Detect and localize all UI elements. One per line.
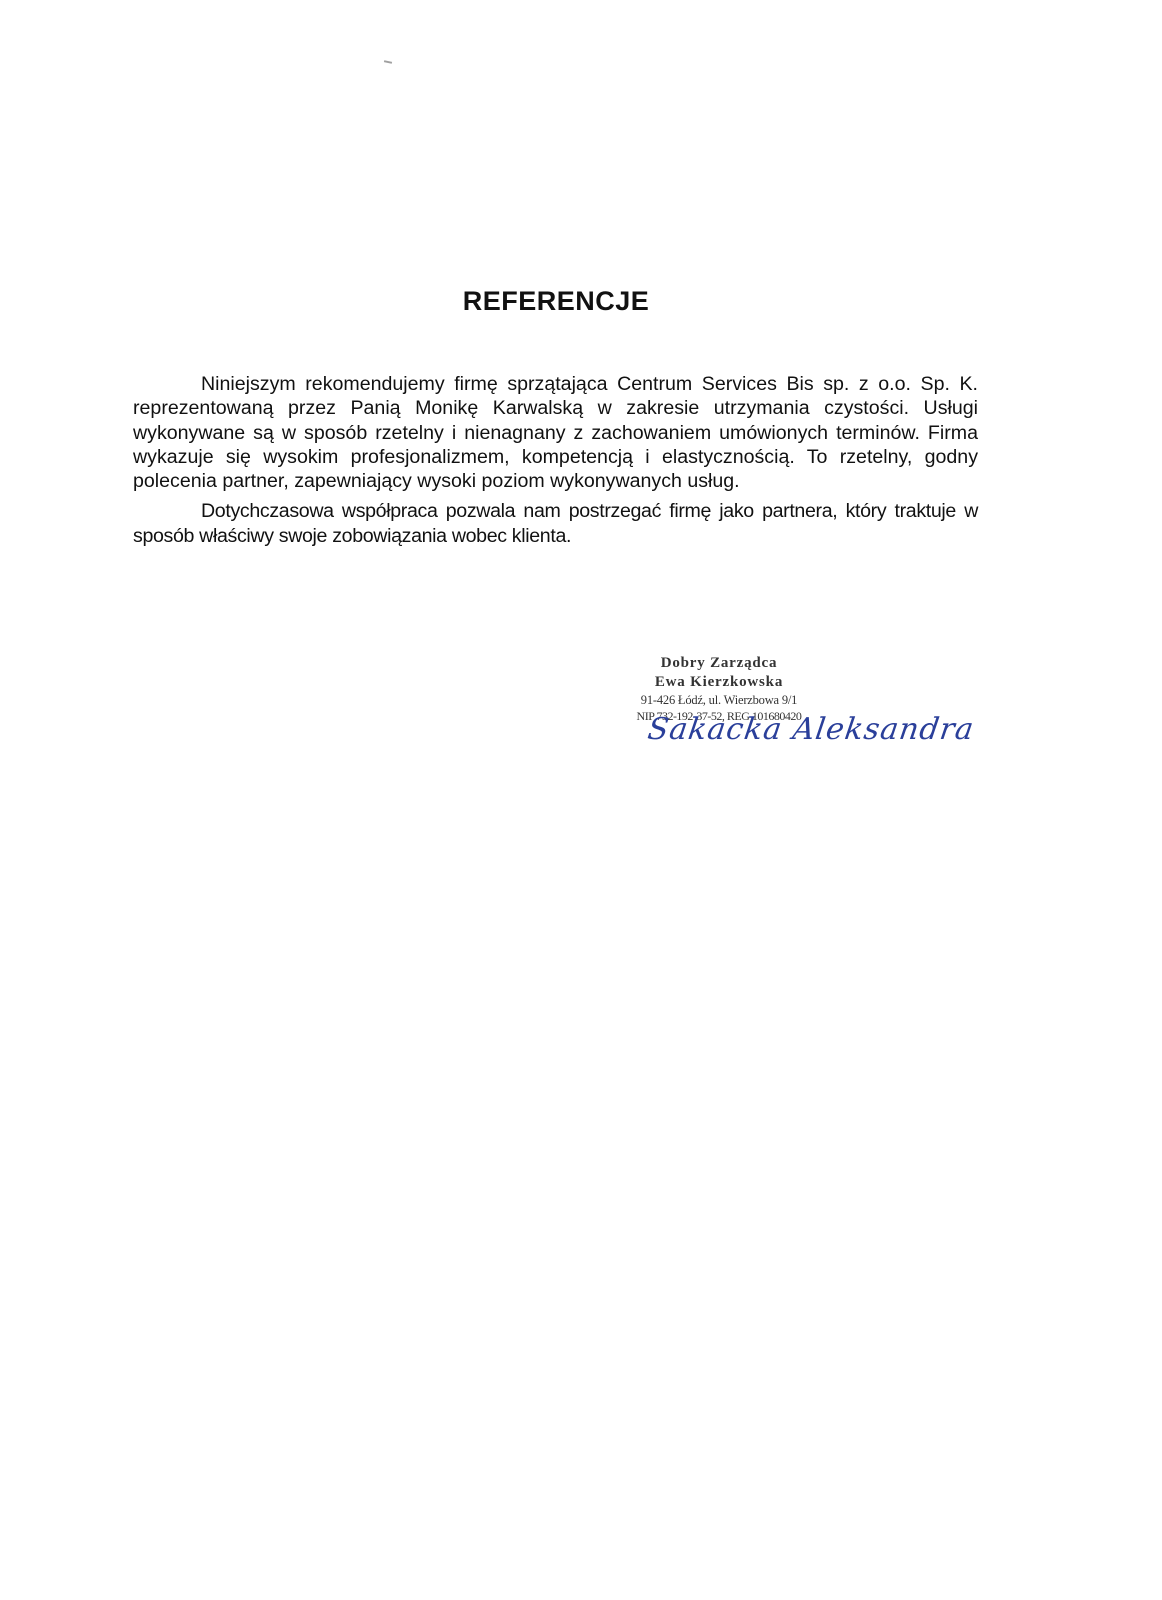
paragraph-cooperation: Dotychczasowa współpraca pozwala nam pos… xyxy=(133,499,978,548)
stamp-address: 91-426 Łódź, ul. Wierzbowa 9/1 xyxy=(614,692,824,709)
handwritten-signature: Sakacka Aleksandra xyxy=(646,712,977,747)
scan-speck xyxy=(384,60,392,64)
paragraph-recommendation: Niniejszym rekomendujemy firmę sprzątają… xyxy=(133,372,978,493)
document-body: Niniejszym rekomendujemy firmę sprzątają… xyxy=(133,372,978,554)
stamp-company: Dobry Zarządca xyxy=(614,653,824,673)
stamp-owner: Ewa Kierzkowska xyxy=(614,673,824,692)
document-title: REFERENCJE xyxy=(0,286,1112,317)
document-page: REFERENCJE Niniejszym rekomendujemy firm… xyxy=(0,0,1162,1600)
